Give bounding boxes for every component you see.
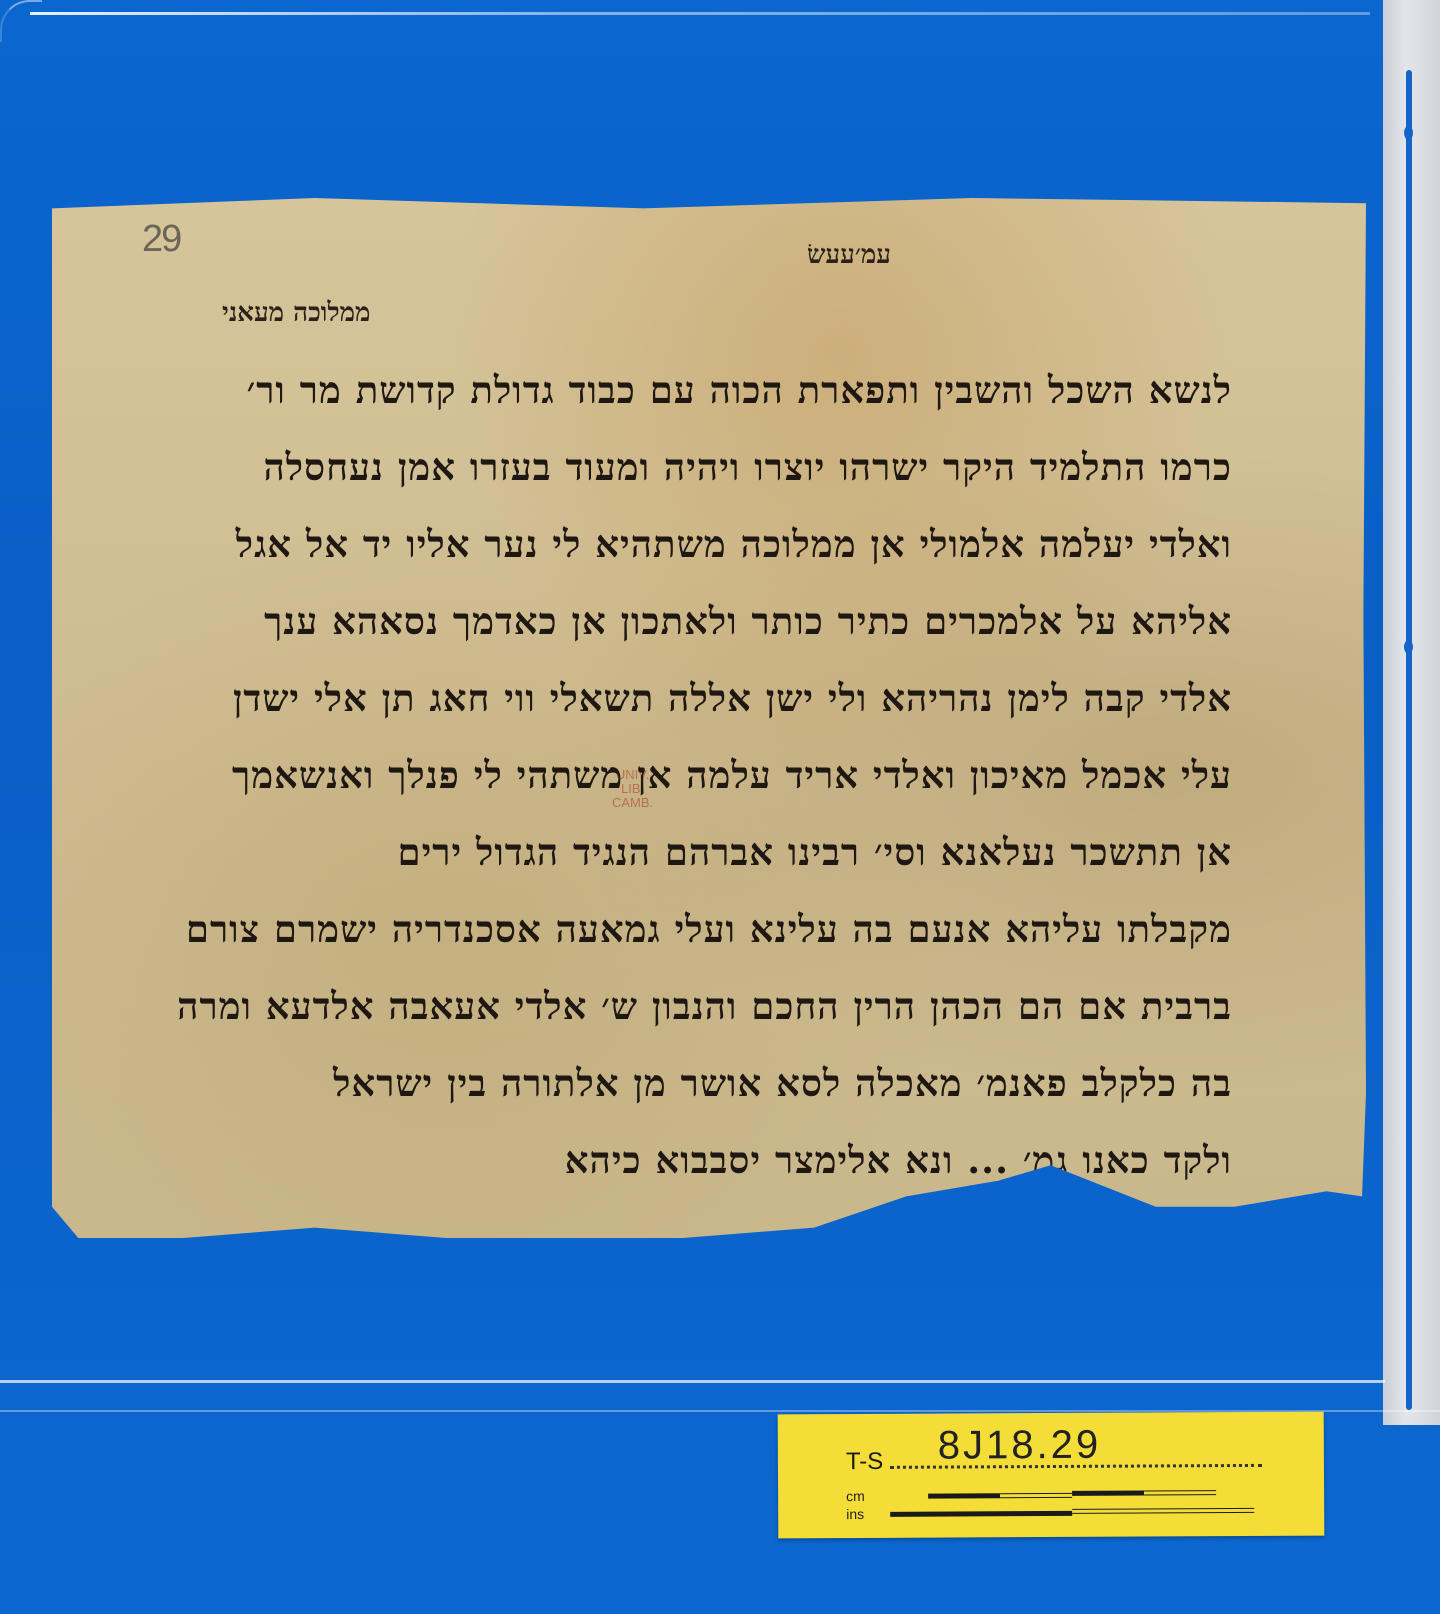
folio-number: 29 <box>142 218 180 261</box>
text-line: אן תתשכר נעלאנא וסי׳ רבינו אברהם הנגיד ה… <box>112 830 1232 907</box>
text-line: ברבית אם הם הכהן הרין החכם והנבון ש׳ אלד… <box>112 984 1232 1061</box>
text-line: עלי אכמל מאיכון ואלדי אריד עלמה אן משתהי… <box>112 753 1232 830</box>
heading-center: עמ׳עעשׂ <box>807 240 891 270</box>
text-line: אלדי קבה לימן נהריהא ולי ישן אללה תשאלי … <box>112 676 1232 753</box>
binding-hole <box>1404 640 1413 654</box>
scale-bar-ins-segment <box>890 1511 1072 1517</box>
shelfmark-number: 8J18.29 <box>938 1423 1102 1469</box>
text-line: אליהא על אלמכרים כתיר כותר ולאתכון אן כא… <box>112 599 1232 676</box>
scale-ins-label: ins <box>846 1506 864 1522</box>
text-line: בה כלקלב פאנמ׳ מאכלה לסא אושר מן אלתורה … <box>112 1061 1232 1138</box>
text-line: כרמו התלמיד היקר ישרהו יוצרו ויהיה ומעוד… <box>112 445 1232 522</box>
scale-bar-cm-segment <box>1000 1493 1072 1498</box>
binding-strip-line <box>1406 70 1412 1410</box>
scale-bar-cm-segment <box>928 1493 1000 1498</box>
text-line: ואלדי יעלמה אלמולי אן ממלוכה משתהיא לי נ… <box>112 522 1232 599</box>
scale-bar-ins-segment <box>1072 1508 1254 1514</box>
sleeve-bottom-edge <box>0 1380 1385 1383</box>
scale-bar-cm-segment <box>1144 1490 1216 1495</box>
binding-hole <box>1404 126 1413 140</box>
collection-prefix: T-S <box>846 1448 883 1476</box>
scale-bar-cm-segment <box>1072 1491 1144 1496</box>
manuscript-fragment: 29 עמ׳עעשׂ ממלוכה מעאני UNIV. LIB. CAMB.… <box>52 198 1366 1238</box>
text-line: מקבלתו עליהא אנעם בה עלינא ועלי גמאעה אס… <box>112 907 1232 984</box>
shelfmark-label: T-S 8J18.29 cm ins <box>778 1412 1325 1539</box>
text-line: לנשא השכל והשבין ותפארת הכוה עם כבוד גדו… <box>112 368 1232 445</box>
sleeve-top-edge <box>30 12 1370 15</box>
manuscript-text: לנשא השכל והשבין ותפארת הכוה עם כבוד גדו… <box>112 368 1232 1215</box>
heading-right: ממלוכה מעאני <box>222 298 370 328</box>
scale-cm-label: cm <box>846 1488 865 1504</box>
